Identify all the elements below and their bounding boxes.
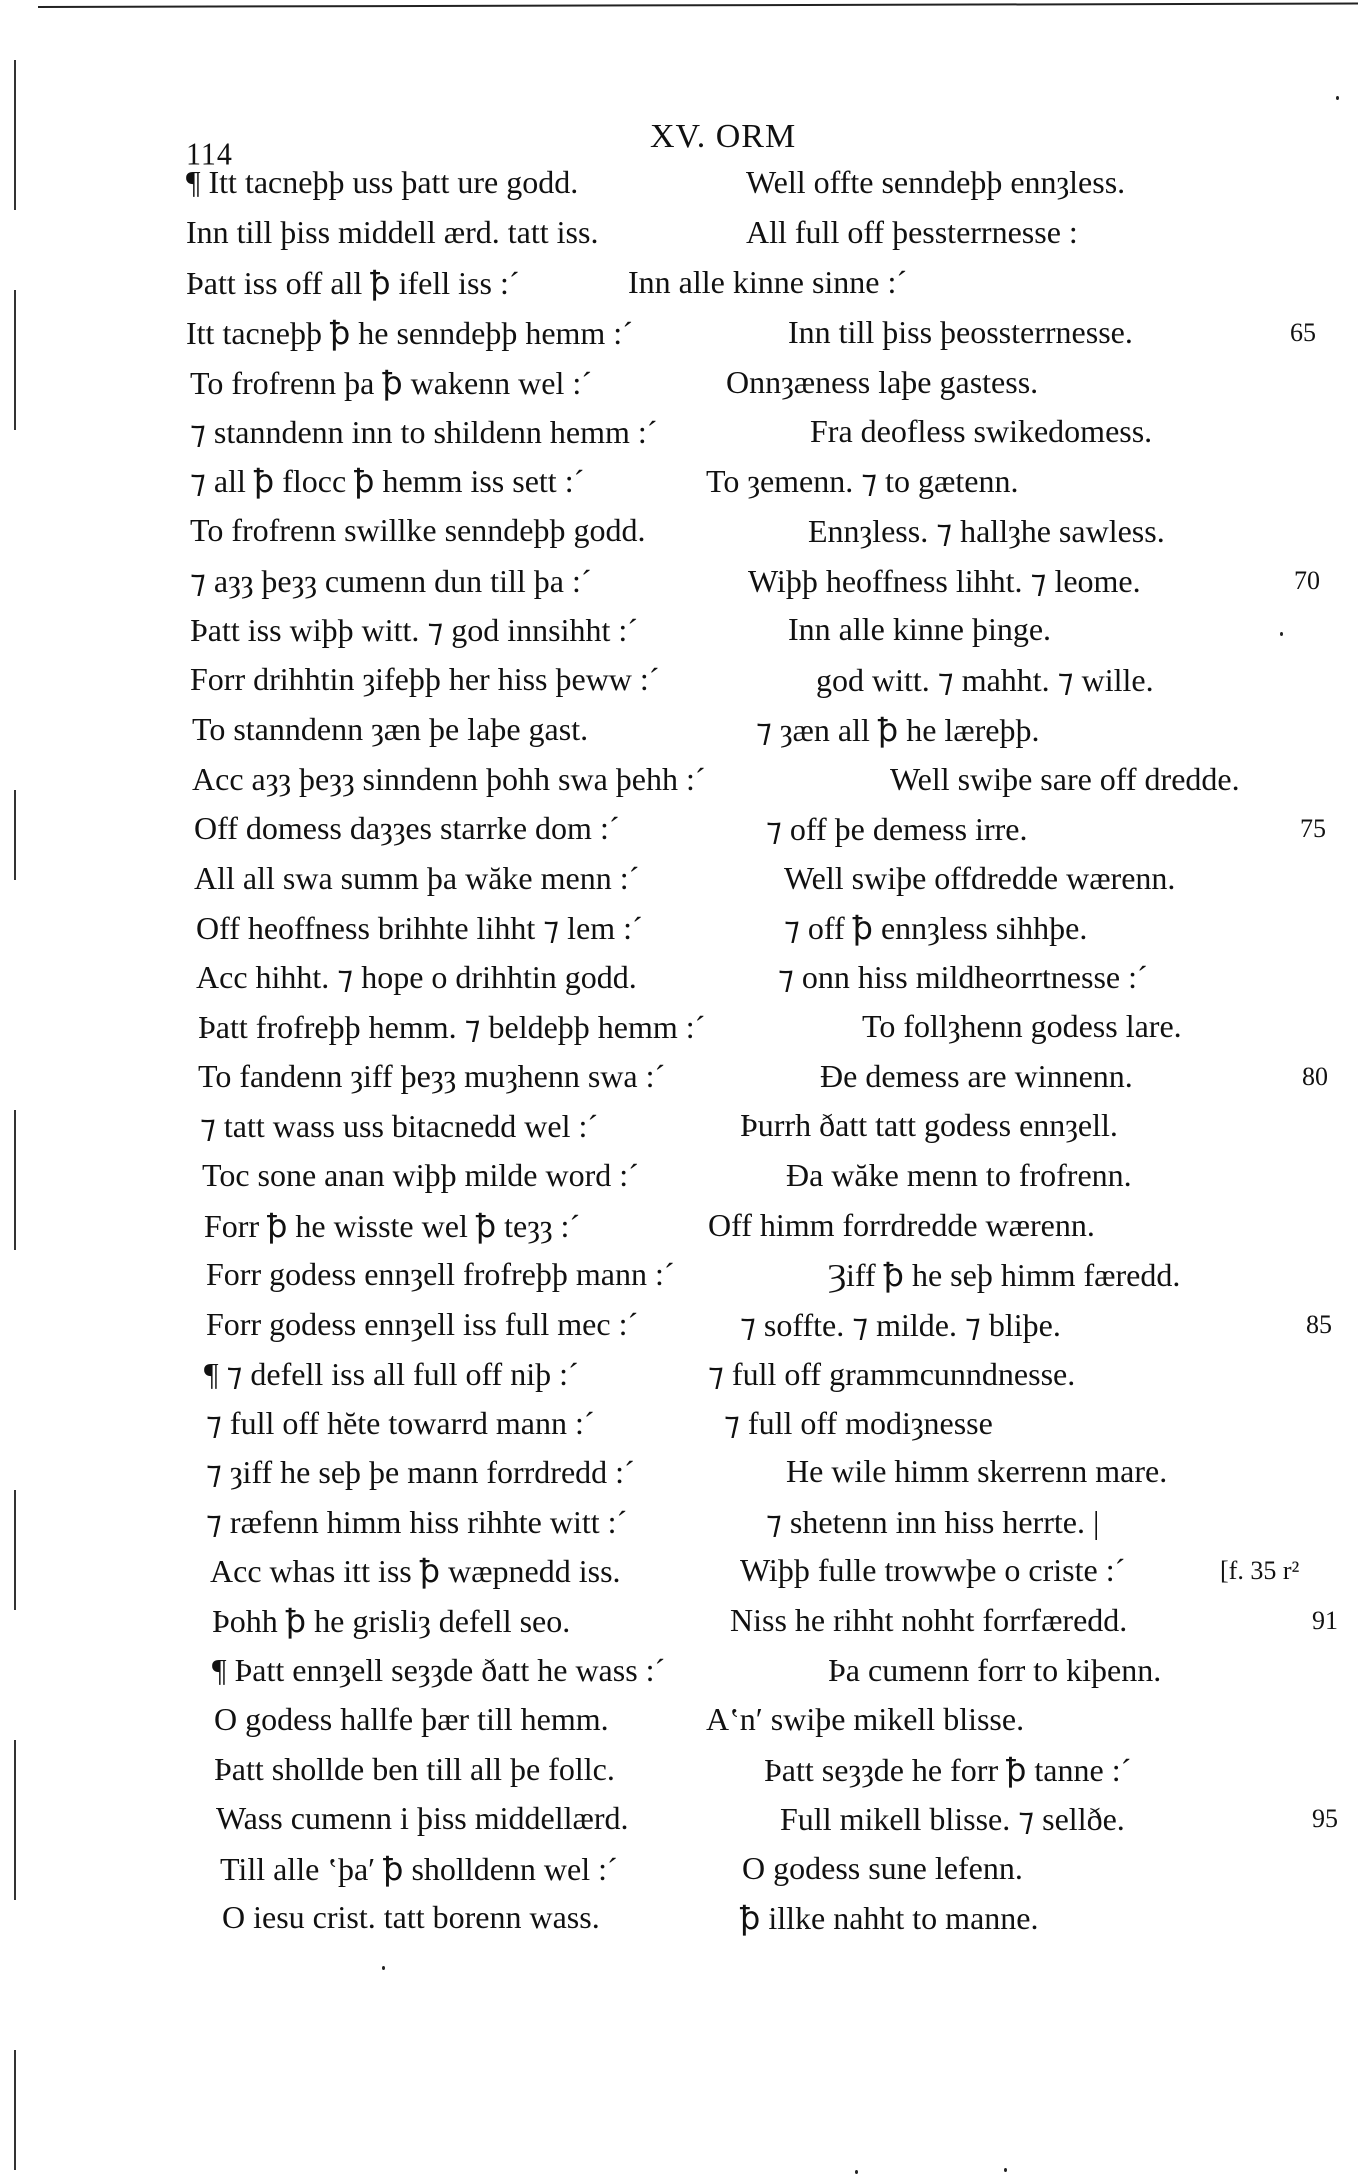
second-half-line: ⁊ ȝæn all ꝥ he læreþþ. xyxy=(756,711,1039,749)
first-half-line: Acc aȝȝ þeȝȝ sinndenn þohh swa þehh :ˊ xyxy=(192,761,706,798)
verse-line: Forr drihhtin ȝifeþþ her hiss þeww :ˊgod… xyxy=(0,661,1358,707)
first-half-line: Itt tacneþþ ꝥ he senndeþþ hemm :ˊ xyxy=(186,314,633,352)
verse-line: ⁊ stanndenn inn to shildenn hemm :ˊFra d… xyxy=(0,413,1358,459)
verse-line: Acc aȝȝ þeȝȝ sinndenn þohh swa þehh :ˊWe… xyxy=(0,761,1358,807)
second-half-line: A‛n′ swiþe mikell blisse. xyxy=(706,1701,1024,1738)
second-half-line: ꝥ illke nahht to manne. xyxy=(740,1899,1038,1937)
verse-line: ¶ ⁊ defell iss all full off niþ :ˊ⁊ full… xyxy=(0,1355,1358,1401)
first-half-line: Þatt iss off all ꝥ ifell iss :ˊ xyxy=(186,264,519,302)
verse-line: ⁊ ræfenn himm hiss rihhte witt :ˊ⁊ shete… xyxy=(0,1503,1358,1549)
verse-line: ¶ Þatt ennȝell seȝȝde ðatt he wass :ˊÞa … xyxy=(0,1652,1358,1698)
verse-line: Acc hihht. ⁊ hope o drihhtin godd.⁊ onn … xyxy=(0,958,1358,1004)
second-half-line: Off himm forrdredde wærenn. xyxy=(708,1207,1095,1244)
first-half-line: Forr drihhtin ȝifeþþ her hiss þeww :ˊ xyxy=(190,661,659,698)
second-half-line: To follȝhenn godess lare. xyxy=(862,1008,1182,1045)
second-half-line: Fra deofless swikedomess. xyxy=(810,413,1152,450)
first-half-line: Þatt iss wiþþ witt. ⁊ god innsihht :ˊ xyxy=(190,611,638,649)
verse-line: Þatt iss wiþþ witt. ⁊ god innsihht :ˊInn… xyxy=(0,611,1358,657)
verse-line: To frofrenn þa ꝥ wakenn wel :ˊOnnȝæness … xyxy=(0,364,1358,410)
scan-speck xyxy=(1004,2168,1007,2172)
verse-line: Þohh ꝥ he grisliȝ defell seo.Niss he rih… xyxy=(0,1602,1358,1648)
second-half-line: ⁊ onn hiss mildheorrtnesse :ˊ xyxy=(778,958,1148,996)
second-half-line: Well swiþe sare off dredde. xyxy=(890,761,1240,798)
second-half-line: Well offte senndeþþ ennȝless. xyxy=(746,164,1125,201)
first-half-line: Forr godess ennȝell iss full mec :ˊ xyxy=(206,1306,638,1343)
verse-line: O iesu crist. tatt borenn wass.ꝥ illke n… xyxy=(0,1899,1358,1945)
verse-line: Wass cumenn i þiss middellærd.Full mikel… xyxy=(0,1800,1358,1846)
first-half-line: Þatt frofreþþ hemm. ⁊ beldeþþ hemm :ˊ xyxy=(198,1008,705,1046)
second-half-line: Wiþþ heoffness lihht. ⁊ leome. xyxy=(748,562,1141,600)
verse-line: ⁊ ȝiff he seþ þe mann forrdredd :ˊHe wil… xyxy=(0,1453,1358,1499)
second-half-line: ⁊ full off grammcunndnesse. xyxy=(708,1355,1075,1393)
first-half-line: ⁊ ræfenn himm hiss rihhte witt :ˊ xyxy=(206,1503,627,1541)
first-half-line: ¶ Itt tacneþþ uss þatt ure godd. xyxy=(186,164,578,201)
book-page: 114 XV. ORM ¶ Itt tacneþþ uss þatt ure g… xyxy=(0,0,1358,2184)
running-head: 114 XV. ORM xyxy=(0,118,1358,168)
verse-line: Þatt iss off all ꝥ ifell iss :ˊInn alle … xyxy=(0,264,1358,310)
first-half-line: To stanndenn ȝæn þe laþe gast. xyxy=(192,711,588,748)
second-half-line: Ðe demess are winnenn. xyxy=(820,1058,1133,1095)
second-half-line: Inn alle kinne sinne :ˊ xyxy=(628,264,907,301)
second-half-line: To ȝemenn. ⁊ to gætenn. xyxy=(706,462,1018,500)
second-half-line: All full off þessterrnesse : xyxy=(746,214,1078,251)
first-half-line: Þohh ꝥ he grisliȝ defell seo. xyxy=(212,1602,570,1640)
first-half-line: Off domess daȝȝes starrke dom :ˊ xyxy=(194,810,619,847)
first-half-line: ¶ ⁊ defell iss all full off niþ :ˊ xyxy=(204,1355,579,1393)
first-half-line: Off heoffness brihhte lihht ⁊ lem :ˊ xyxy=(196,909,643,947)
first-half-line: All all swa summ þa wăke menn :ˊ xyxy=(194,860,639,897)
line-number: 70 xyxy=(1294,566,1320,596)
line-number: 85 xyxy=(1306,1310,1332,1340)
line-number: 91 xyxy=(1312,1606,1338,1636)
second-half-line: Þurrh ðatt tatt godess ennȝell. xyxy=(740,1107,1118,1144)
first-half-line: ⁊ full off hĕte towarrd mann :ˊ xyxy=(206,1404,595,1442)
second-half-line: ⁊ full off modiȝnesse xyxy=(724,1404,993,1442)
verse-line: Forr godess ennȝell frofreþþ mann :ˊȜiff… xyxy=(0,1256,1358,1302)
verse-line: ¶ Itt tacneþþ uss þatt ure godd.Well off… xyxy=(0,164,1358,210)
verse-line: Off heoffness brihhte lihht ⁊ lem :ˊ⁊ of… xyxy=(0,909,1358,955)
second-half-line: Ða wăke menn to frofrenn. xyxy=(786,1157,1132,1194)
verse-line: ⁊ aȝȝ þeȝȝ cumenn dun till þa :ˊWiþþ heo… xyxy=(0,562,1358,608)
second-half-line: O godess sune lefenn. xyxy=(742,1850,1023,1887)
verse-line: Þatt frofreþþ hemm. ⁊ beldeþþ hemm :ˊTo … xyxy=(0,1008,1358,1054)
verse-line: Itt tacneþþ ꝥ he senndeþþ hemm :ˊInn til… xyxy=(0,314,1358,360)
scan-speck xyxy=(382,1966,385,1970)
verse-line: To fandenn ȝiff þeȝȝ muȝhenn swa :ˊÐe de… xyxy=(0,1058,1358,1104)
scan-left-edge-mark xyxy=(14,2050,16,2170)
first-half-line: Inn till þiss middell ærd. tatt iss. xyxy=(186,214,598,251)
verse-line: All all swa summ þa wăke menn :ˊWell swi… xyxy=(0,860,1358,906)
verse-line: Off domess daȝȝes starrke dom :ˊ⁊ off þe… xyxy=(0,810,1358,856)
verse-line: ⁊ all ꝥ flocc ꝥ hemm iss sett :ˊTo ȝemen… xyxy=(0,462,1358,508)
verse-line: Till alle ‛þa′ ꝥ sholldenn wel :ˊO godes… xyxy=(0,1850,1358,1896)
second-half-line: Ennȝless. ⁊ hallȝhe sawless. xyxy=(808,512,1165,550)
second-half-line: ⁊ off ꝥ ennȝless sihhþe. xyxy=(784,909,1087,947)
line-number: 95 xyxy=(1312,1804,1338,1834)
second-half-line: ⁊ soffte. ⁊ milde. ⁊ bliþe. xyxy=(740,1306,1061,1344)
first-half-line: O godess hallfe þær till hemm. xyxy=(214,1701,609,1738)
first-half-line: ⁊ stanndenn inn to shildenn hemm :ˊ xyxy=(190,413,657,451)
line-number: 75 xyxy=(1300,814,1326,844)
scan-top-rule xyxy=(38,3,1358,8)
first-half-line: Acc hihht. ⁊ hope o drihhtin godd. xyxy=(196,958,637,996)
scan-speck xyxy=(1336,96,1339,100)
first-half-line: Till alle ‛þa′ ꝥ sholldenn wel :ˊ xyxy=(220,1850,618,1888)
line-number: 65 xyxy=(1290,318,1316,348)
verse-line: Acc whas itt iss ꝥ wæpnedd iss.Wiþþ full… xyxy=(0,1552,1358,1598)
line-number: 80 xyxy=(1302,1062,1328,1092)
second-half-line: Niss he rihht nohht forrfæredd. xyxy=(730,1602,1127,1639)
first-half-line: Forr godess ennȝell frofreþþ mann :ˊ xyxy=(206,1256,675,1293)
first-half-line: Toc sone anan wiþþ milde word :ˊ xyxy=(202,1157,639,1194)
second-half-line: Well swiþe offdredde wærenn. xyxy=(784,860,1175,897)
verse-line: ⁊ full off hĕte towarrd mann :ˊ⁊ full of… xyxy=(0,1404,1358,1450)
second-half-line: Inn till þiss þeossterrnesse. xyxy=(788,314,1133,351)
running-title: XV. ORM xyxy=(650,118,796,156)
second-half-line: ⁊ shetenn inn hiss herrte. | xyxy=(766,1503,1099,1541)
first-half-line: Wass cumenn i þiss middellærd. xyxy=(216,1800,629,1837)
verse-line: Inn till þiss middell ærd. tatt iss.All … xyxy=(0,214,1358,260)
first-half-line: ⁊ all ꝥ flocc ꝥ hemm iss sett :ˊ xyxy=(190,462,584,500)
second-half-line: Inn alle kinne þinge. xyxy=(788,611,1051,648)
verse-line: Þatt shollde ben till all þe follc.Þatt … xyxy=(0,1751,1358,1797)
second-half-line: Onnȝæness laþe gastess. xyxy=(726,364,1038,401)
verse-line: Toc sone anan wiþþ milde word :ˊÐa wăke … xyxy=(0,1157,1358,1203)
first-half-line: To fandenn ȝiff þeȝȝ muȝhenn swa :ˊ xyxy=(198,1058,665,1095)
verse-line: To frofrenn swillke senndeþþ godd.Ennȝle… xyxy=(0,512,1358,558)
first-half-line: O iesu crist. tatt borenn wass. xyxy=(222,1899,600,1936)
verse-line: To stanndenn ȝæn þe laþe gast.⁊ ȝæn all … xyxy=(0,711,1358,757)
verse-line: Forr ꝥ he wisste wel ꝥ teȝȝ :ˊOff himm f… xyxy=(0,1207,1358,1253)
first-half-line: ⁊ tatt wass uss bitacnedd wel :ˊ xyxy=(200,1107,598,1145)
verse-line: Forr godess ennȝell iss full mec :ˊ⁊ sof… xyxy=(0,1306,1358,1352)
verse-line: O godess hallfe þær till hemm.A‛n′ swiþe… xyxy=(0,1701,1358,1747)
second-half-line: Þatt seȝȝde he forr ꝥ tanne :ˊ xyxy=(764,1751,1131,1789)
second-half-line: Full mikell blisse. ⁊ sellðe. xyxy=(780,1800,1125,1838)
first-half-line: Þatt shollde ben till all þe follc. xyxy=(214,1751,615,1788)
second-half-line: Ȝiff ꝥ he seþ himm færedd. xyxy=(828,1256,1180,1294)
first-half-line: Acc whas itt iss ꝥ wæpnedd iss. xyxy=(210,1552,621,1590)
scan-speck xyxy=(855,2170,858,2174)
second-half-line: He wile himm skerrenn mare. xyxy=(786,1453,1167,1490)
first-half-line: ⁊ aȝȝ þeȝȝ cumenn dun till þa :ˊ xyxy=(190,562,591,600)
second-half-line: god witt. ⁊ mahht. ⁊ wille. xyxy=(816,661,1154,699)
first-half-line: ⁊ ȝiff he seþ þe mann forrdredd :ˊ xyxy=(206,1453,635,1491)
second-half-line: ⁊ off þe demess irre. xyxy=(766,810,1027,848)
second-half-line: Þa cumenn forr to kiþenn. xyxy=(828,1652,1161,1689)
folio-reference: [f. 35 r² xyxy=(1220,1556,1299,1586)
first-half-line: To frofrenn swillke senndeþþ godd. xyxy=(190,512,645,549)
first-half-line: Forr ꝥ he wisste wel ꝥ teȝȝ :ˊ xyxy=(204,1207,580,1245)
second-half-line: Wiþþ fulle trowwþe o criste :ˊ xyxy=(740,1552,1125,1589)
first-half-line: ¶ Þatt ennȝell seȝȝde ðatt he wass :ˊ xyxy=(212,1652,665,1689)
first-half-line: To frofrenn þa ꝥ wakenn wel :ˊ xyxy=(190,364,592,402)
verse-line: ⁊ tatt wass uss bitacnedd wel :ˊÞurrh ða… xyxy=(0,1107,1358,1153)
